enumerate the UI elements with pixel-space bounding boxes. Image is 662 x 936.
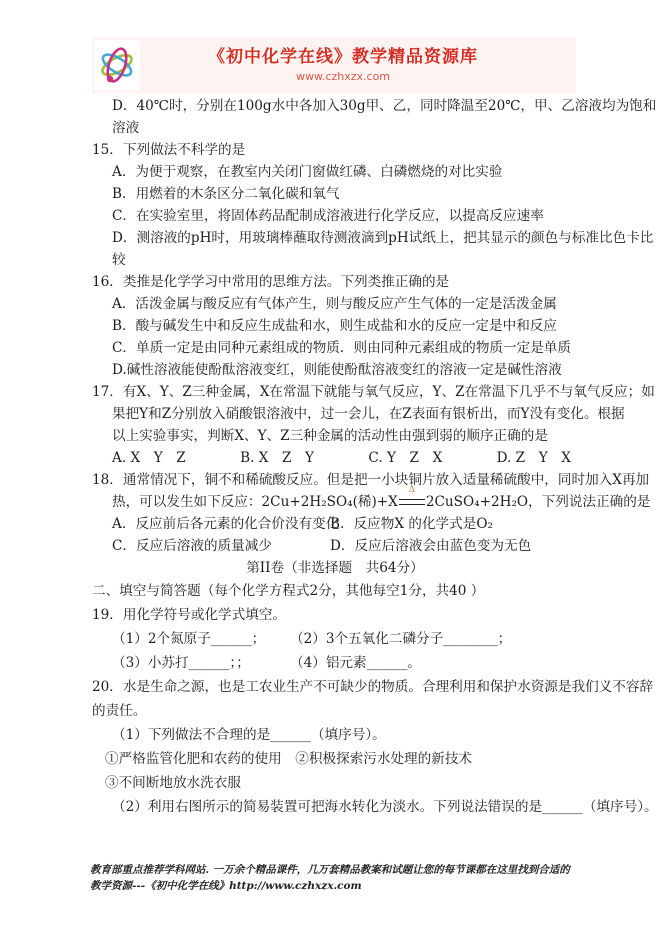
- q16-stem: 16．类推是化学学习中常用的思维方法。下列类推正确的是: [92, 271, 578, 293]
- q20-stem-line2: 的责任。: [92, 699, 578, 723]
- delta-symbol: Δ: [399, 486, 425, 495]
- q15-option-c: C．在实验室里，将固体药品配制成溶液进行化学反应，以提高反应速率: [112, 205, 578, 227]
- q18-option-d: D．反应后溶液会由蓝色变为无色: [330, 535, 578, 557]
- q19-blank4: （4）铝元素______。: [290, 651, 421, 675]
- q15-stem: 15．下列做法不科学的是: [92, 139, 578, 161]
- equation-pre: 热，可以发生如下反应：2Cu+2H₂SO₄(稀)+X: [112, 494, 398, 510]
- part2-title: 第II卷（非选择题 共64分）: [92, 557, 578, 579]
- q18-stem-line1: 18．通常情况下，铜不和稀硫酸反应。但是把一小块铜片放入适量稀硫酸中，同时加入X…: [92, 469, 578, 491]
- q18-option-b: B．反应物X 的化学式是O₂: [330, 513, 578, 535]
- part2-heading: 二、填空与简答题（每个化学方程式2分，其他每空1分，共40 ）: [92, 579, 578, 603]
- q20-choices-1-2: ①严格监管化肥和农药的使用 ②积极探索污水处理的新技术: [105, 747, 578, 771]
- q15-option-d-line1: D．测溶液的pH时，用玻璃棒蘸取待测液滴到pH试纸上，把其显示的颜色与标准比色卡…: [112, 227, 578, 249]
- header-text-block: 《初中化学在线》教学精品资源库 www.czhxzx.com: [140, 47, 576, 84]
- site-url: www.czhxzx.com: [140, 70, 546, 84]
- q20-sub2: （2）利用右图所示的简易装置可把海水转化为淡水。下列说法错误的是______（填…: [112, 795, 578, 819]
- atom-nucleus-dot: [107, 76, 113, 82]
- double-line: [399, 499, 425, 505]
- q15-option-d-wrap: 较: [112, 249, 578, 271]
- page-footer: 教育部重点推荐学科网站. 一万余个精品课件，几万套精品教案和试题让您的每节课都在…: [90, 862, 576, 894]
- site-title: 《初中化学在线》教学精品资源库: [140, 47, 546, 67]
- q18-equation-line: 热，可以发生如下反应：2Cu+2H₂SO₄(稀)+XΔ2CuSO₄+2H₂O，下…: [112, 491, 578, 513]
- heating-condition: Δ: [399, 494, 425, 508]
- q19-blanks-row1: （1）2个氮原子______；（2）3个五氧化二磷分子________；: [112, 627, 578, 651]
- q14-option-d-line1: D．40℃时，分别在100g水中各加入30g甲、乙，同时降温至20℃，甲、乙溶液…: [112, 95, 578, 117]
- q16-option-d: D.碱性溶液能使酚酞溶液变红，则能使酚酞溶液变红的溶液一定是碱性溶液: [112, 359, 578, 381]
- q17-stem-line2: 果把Y和Z分别放入硝酸银溶液中，过一会儿，在Z表面有银析出，而Y没有变化。根据: [112, 403, 578, 425]
- exam-content: D．40℃时，分别在100g水中各加入30g甲、乙，同时降温至20℃，甲、乙溶液…: [92, 95, 578, 819]
- q18-options-row2: C．反应后溶液的质量减少D．反应后溶液会由蓝色变为无色: [112, 535, 578, 557]
- site-header: 《初中化学在线》教学精品资源库 www.czhxzx.com: [92, 37, 576, 93]
- q20-choice-3: ③不间断地放水洗衣服: [105, 771, 578, 795]
- q19-blank2: （2）3个五氧化二磷分子________；: [290, 627, 511, 651]
- q19-blanks-row2: （3）小苏打______；；（4）铝元素______。: [112, 651, 578, 675]
- q14-option-d-wrap: 溶液: [112, 117, 578, 139]
- q17-stem-line3: 以上实验事实，判断X、Y、Z三种金属的活动性由强到弱的顺序正确的是: [112, 425, 578, 447]
- q19-blank3: （3）小苏打______；；: [112, 651, 290, 675]
- q18-option-a: A．反应前后各元素的化合价没有变化: [112, 513, 330, 535]
- q15-option-b: B．用燃着的木条区分二氧化碳和氧气: [112, 183, 578, 205]
- q18-option-c: C．反应后溶液的质量减少: [112, 535, 330, 557]
- site-logo: [94, 40, 140, 90]
- q19-stem: 19．用化学符号或化学式填空。: [92, 603, 578, 627]
- q20-stem-line1: 20．水是生命之源，也是工农业生产不可缺少的物质。合理利用和保护水资源是我们义不…: [92, 675, 578, 699]
- q20-sub1: （1）下列做法不合理的是______（填序号）。: [112, 723, 578, 747]
- q15-option-a: A．为便于观察，在教室内关闭门窗做红磷、白磷燃烧的对比实验: [112, 161, 578, 183]
- q16-option-b: B．酸与碱发生中和反应生成盐和水，则生成盐和水的反应一定是中和反应: [112, 315, 578, 337]
- q17-options: A. X Y Z B. X Z Y C. Y Z X D. Z Y X: [112, 447, 578, 469]
- q18-options-row1: A．反应前后各元素的化合价没有变化B．反应物X 的化学式是O₂: [112, 513, 578, 535]
- q17-stem-line1: 17．有X、Y、Z三种金属，X在常温下就能与氧气反应，Y、Z在常温下几乎不与氧气…: [92, 381, 578, 403]
- q16-option-a: A．活泼金属与酸反应有气体产生，则与酸反应产生气体的一定是活泼金属: [112, 293, 578, 315]
- atom-icon: [97, 43, 137, 87]
- q19-blank1: （1）2个氮原子______；: [112, 627, 290, 651]
- equation-post: 2CuSO₄+2H₂O，下列说法正确的是: [426, 494, 651, 510]
- q16-option-c: C．单质一定是由同种元素组成的物质．则由同种元素组成的物质一定是单质: [112, 337, 578, 359]
